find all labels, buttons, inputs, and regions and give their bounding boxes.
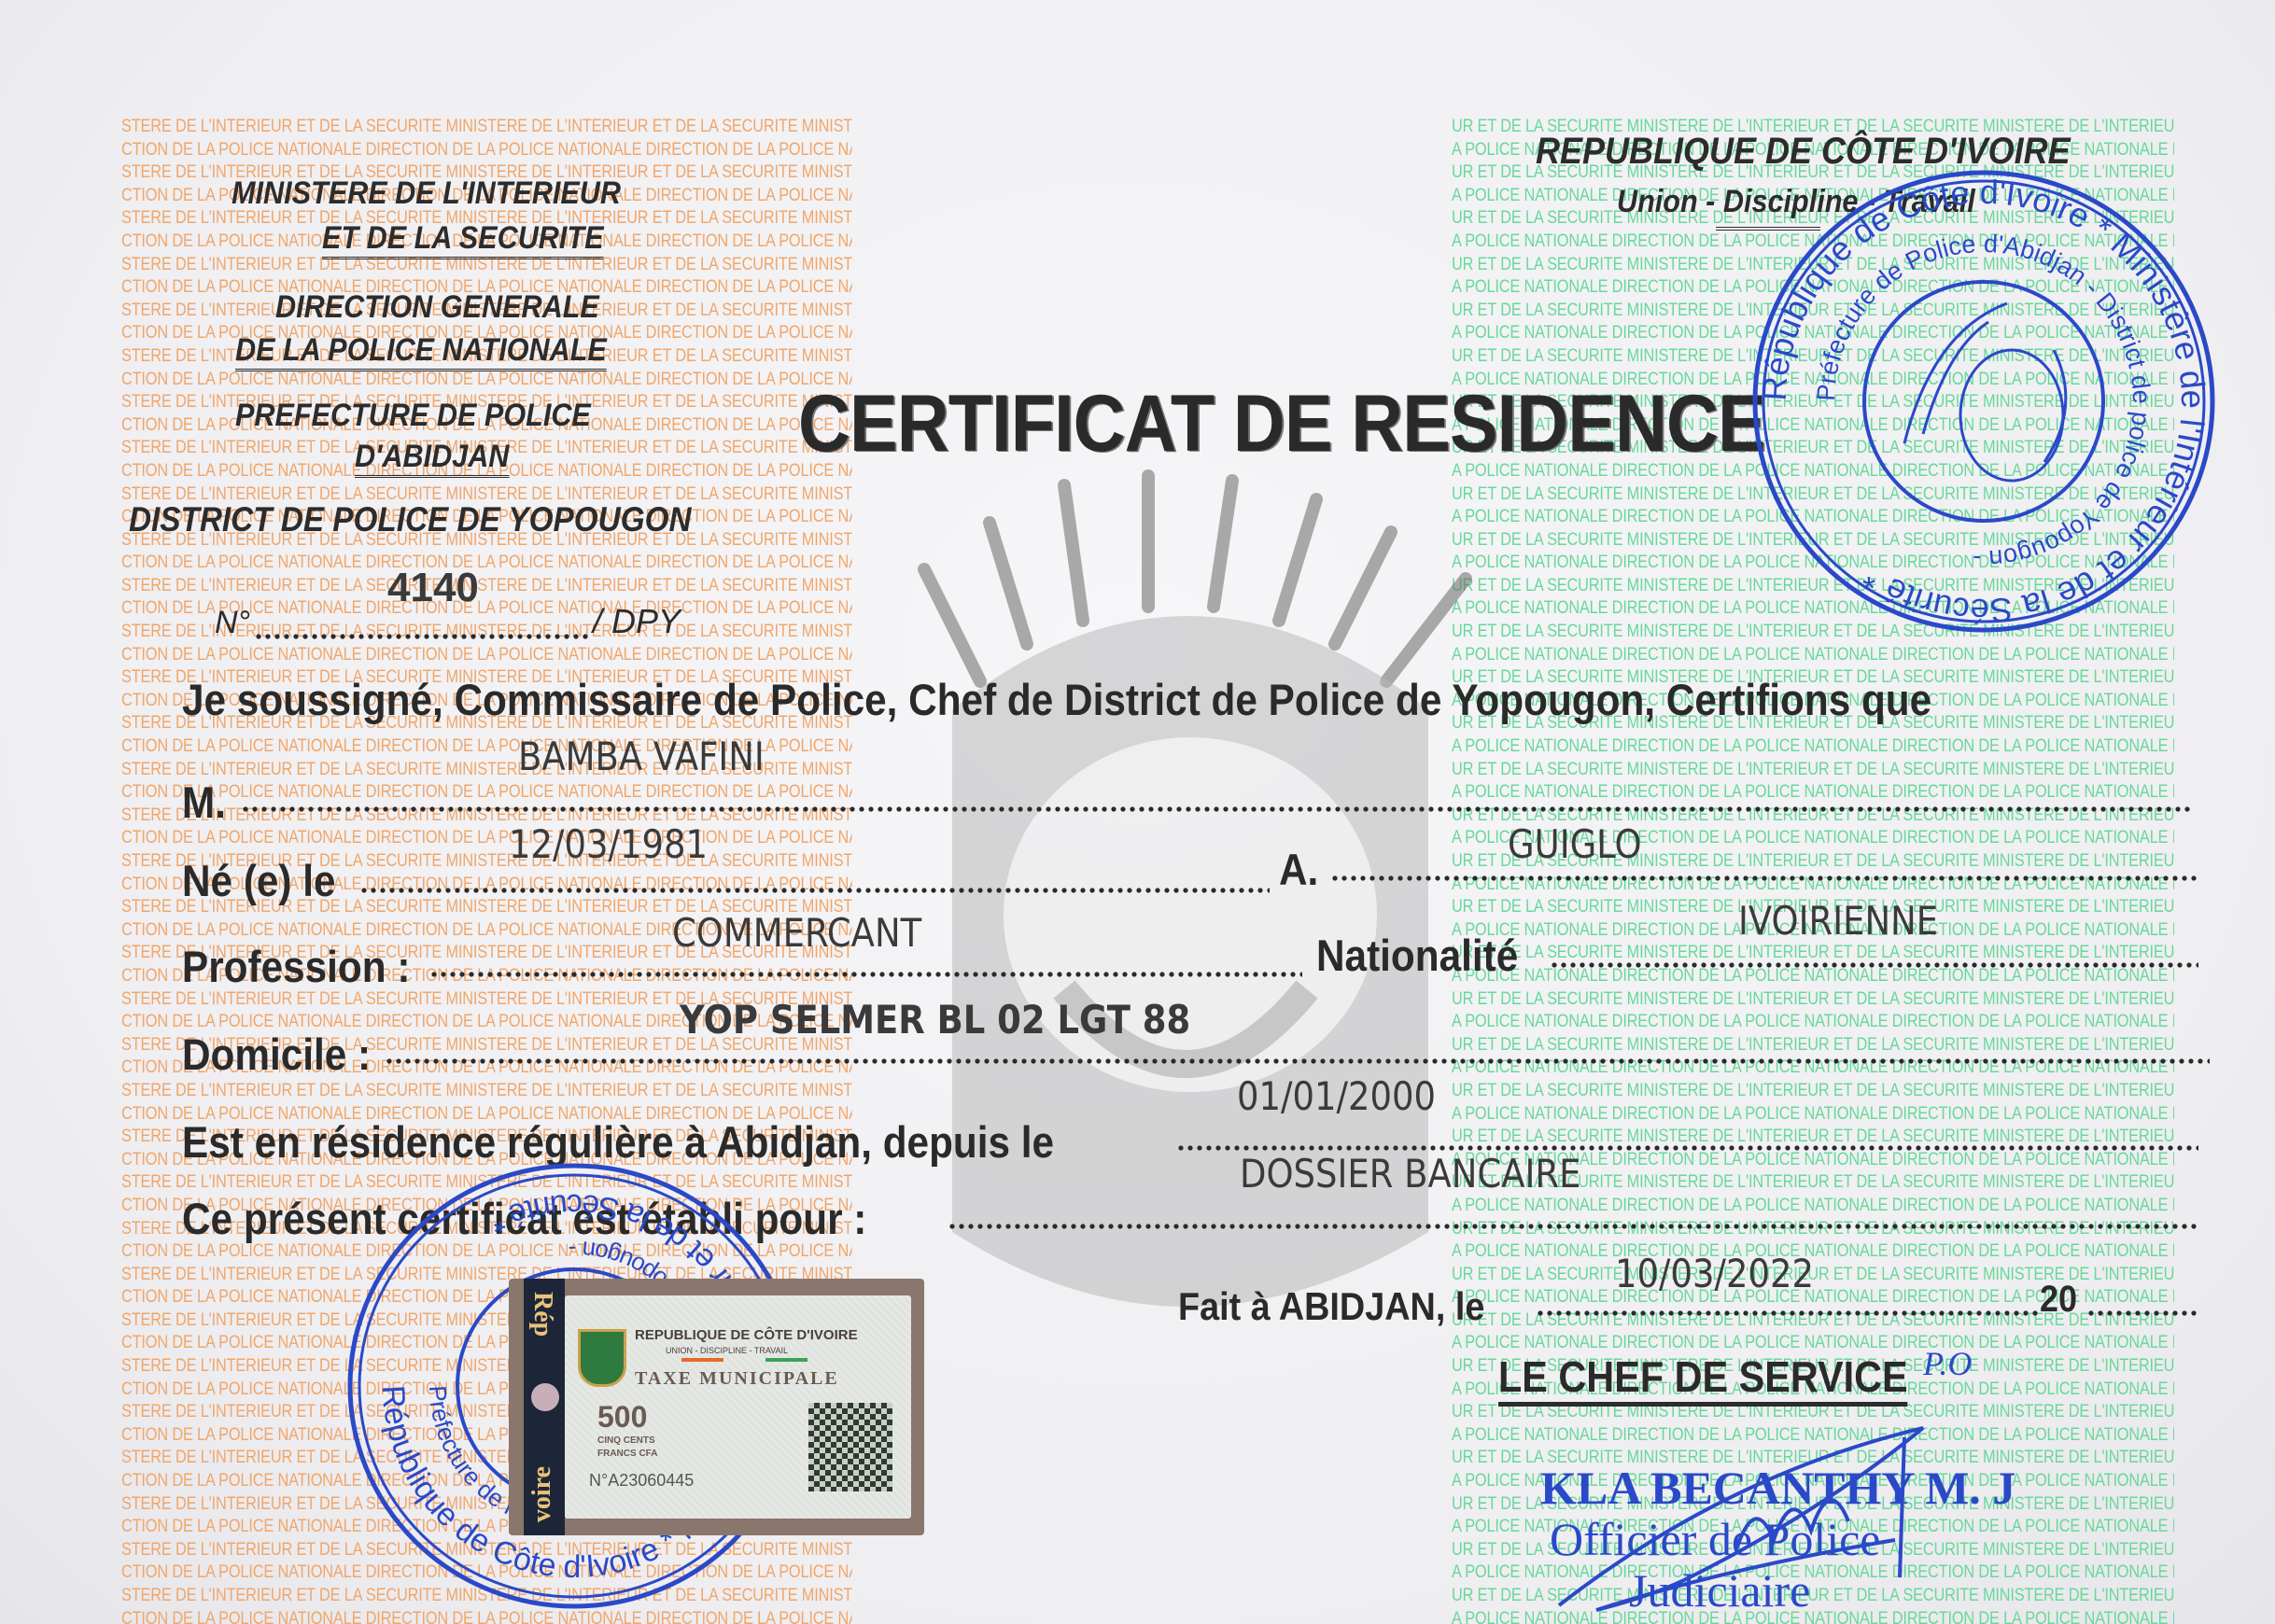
qr-code-icon xyxy=(808,1403,892,1491)
signature-role: LE CHEF DE SERVICE xyxy=(1498,1351,1908,1407)
official-seal-top-right-icon: République de Côte d'Ivoire * Ministère … xyxy=(1746,163,2222,639)
watermark-line: A POLICE NATIONALE DIRECTION DE LA POLIC… xyxy=(1452,735,2174,759)
watermark-line: CTION DE LA POLICE NATIONALE DIRECTION D… xyxy=(121,781,852,805)
nationality-value: IVOIRIENNE xyxy=(1738,898,1938,944)
birth-date-value: 12/03/1981 xyxy=(509,821,708,867)
purpose-dotted-line xyxy=(948,1223,2198,1230)
birth-date-dotted-line xyxy=(359,887,1270,894)
nationality-dotted-line xyxy=(1550,961,2198,969)
residence-date-value: 01/01/2000 xyxy=(1237,1073,1436,1119)
watermark-line: STERE DE L'INTERIEUR ET DE LA SECURITE M… xyxy=(121,1080,852,1103)
profession-dotted-line xyxy=(429,971,1302,978)
domicile-dotted-line xyxy=(385,1057,2210,1065)
watermark-line: A POLICE NATIONALE DIRECTION DE LA POLIC… xyxy=(1452,1103,2174,1127)
watermark-line: A POLICE NATIONALE DIRECTION DE LA POLIC… xyxy=(1452,1195,2174,1218)
watermark-line: UR ET DE LA SECURITE MINISTERE DE L'INTE… xyxy=(1452,988,2174,1012)
watermark-line: A POLICE NATIONALE DIRECTION DE LA POLIC… xyxy=(1452,644,2174,667)
band-text-bottom: voire xyxy=(527,1466,557,1522)
watermark-line: CTION DE LA POLICE NATIONALE DIRECTION D… xyxy=(121,552,852,575)
tax-stamp-amount: 500 xyxy=(597,1400,647,1435)
certificate-number: 4140 xyxy=(387,565,479,611)
profession-label: Profession : xyxy=(182,941,410,992)
certificate-page: STERE DE L'INTERIEUR ET DE LA SECURITE M… xyxy=(0,0,2275,1624)
intro-text: Je soussigné, Commissaire de Police, Che… xyxy=(182,674,1931,725)
watermark-line: UR ET DE LA SECURITE MINISTERE DE L'INTE… xyxy=(1452,1080,2174,1103)
watermark-line: CTION DE LA POLICE NATIONALE DIRECTION D… xyxy=(121,827,852,850)
direction-line-2: DE LA POLICE NATIONALE xyxy=(235,332,607,371)
municipal-tax-stamp: Rép voire REPUBLIQUE DE CÔTE D'IVOIRE UN… xyxy=(509,1279,924,1535)
ministry-line-1: MINISTERE DE L'INTERIEUR xyxy=(232,175,621,212)
issued-suffix: 20 xyxy=(2040,1279,2077,1321)
watermark-line: STERE DE L'INTERIEUR ET DE LA SECURITE M… xyxy=(121,116,852,139)
prefecture-line-2: D'ABIDJAN xyxy=(355,439,509,478)
birthplace-label: A. xyxy=(1279,844,1318,895)
name-label: M. xyxy=(182,777,226,828)
tax-stamp-serial: N°A23060445 xyxy=(589,1471,694,1491)
domicile-value: YOP SELMER BL 02 LGT 88 xyxy=(680,997,1190,1043)
birth-date-label: Né (e) le xyxy=(182,855,336,906)
watermark-line: CTION DE LA POLICE NATIONALE DIRECTION D… xyxy=(121,139,852,162)
issued-label: Fait à ABIDJAN, le xyxy=(1178,1284,1484,1329)
tax-stamp-motto: UNION - DISCIPLINE - TRAVAIL xyxy=(666,1346,788,1355)
birthplace-dotted-line xyxy=(1330,875,2198,882)
number-label: N° xyxy=(215,605,250,641)
ministry-line-2: ET DE LA SECURITE xyxy=(322,220,604,259)
issued-date-value: 10/03/2022 xyxy=(1615,1251,1814,1296)
signature-initials: P.O xyxy=(1923,1344,1972,1383)
number-suffix: / DPY xyxy=(593,602,681,641)
coat-of-arms-icon xyxy=(578,1329,626,1387)
tax-stamp-amount-words-1: CINQ CENTS xyxy=(597,1435,655,1446)
direction-line-1: DIRECTION GENERALE xyxy=(275,289,599,326)
tax-stamp-amount-words-2: FRANCS CFA xyxy=(597,1449,657,1459)
name-value: BAMBA VAFINI xyxy=(518,734,765,779)
watermark-line: CTION DE LA POLICE NATIONALE DIRECTION D… xyxy=(121,369,852,392)
flag-stripe-green xyxy=(765,1358,807,1362)
watermark-line: UR ET DE LA SECURITE MINISTERE DE L'INTE… xyxy=(1452,759,2174,782)
tax-stamp-body: REPUBLIQUE DE CÔTE D'IVOIRE UNION - DISC… xyxy=(565,1295,911,1519)
prefecture-line-1: PREFECTURE DE POLICE xyxy=(235,398,591,434)
watermark-line: A POLICE NATIONALE DIRECTION DE LA POLIC… xyxy=(1452,781,2174,805)
tax-stamp-label: TAXE MUNICIPALE xyxy=(635,1368,839,1390)
flag-stripe-orange xyxy=(681,1358,723,1362)
band-text-top: Rép xyxy=(527,1292,557,1337)
birthplace-value: GUIGLO xyxy=(1508,821,1642,867)
domicile-label: Domicile : xyxy=(182,1029,371,1080)
issued-dotted-line xyxy=(1536,1309,2040,1317)
watermark-line: A POLICE NATIONALE DIRECTION DE LA POLIC… xyxy=(1452,1011,2174,1034)
profession-value: COMMERCANT xyxy=(672,910,921,956)
signature-scribble-icon xyxy=(1540,1419,2026,1624)
watermark-line: UR ET DE LA SECURITE MINISTERE DE L'INTE… xyxy=(1452,1034,2174,1057)
nationality-label: Nationalité xyxy=(1316,930,1518,981)
page-title: CERTIFICAT DE RESIDENCE xyxy=(798,378,1765,470)
hologram-icon xyxy=(531,1383,559,1411)
district-name: DISTRICT DE POLICE DE YOPOUGON xyxy=(129,500,692,539)
tax-stamp-country: REPUBLIQUE DE CÔTE D'IVOIRE xyxy=(635,1327,858,1343)
issued-suffix-dotted-line xyxy=(2086,1309,2198,1317)
name-dotted-line xyxy=(241,805,2192,813)
number-dotted-line xyxy=(254,633,590,640)
watermark-line: CTION DE LA POLICE NATIONALE DIRECTION D… xyxy=(121,644,852,667)
purpose-value: DOSSIER BANCAIRE xyxy=(1240,1151,1580,1197)
tax-stamp-band: Rép voire xyxy=(524,1279,565,1535)
watermark-line: STERE DE L'INTERIEUR ET DE LA SECURITE M… xyxy=(121,575,852,598)
